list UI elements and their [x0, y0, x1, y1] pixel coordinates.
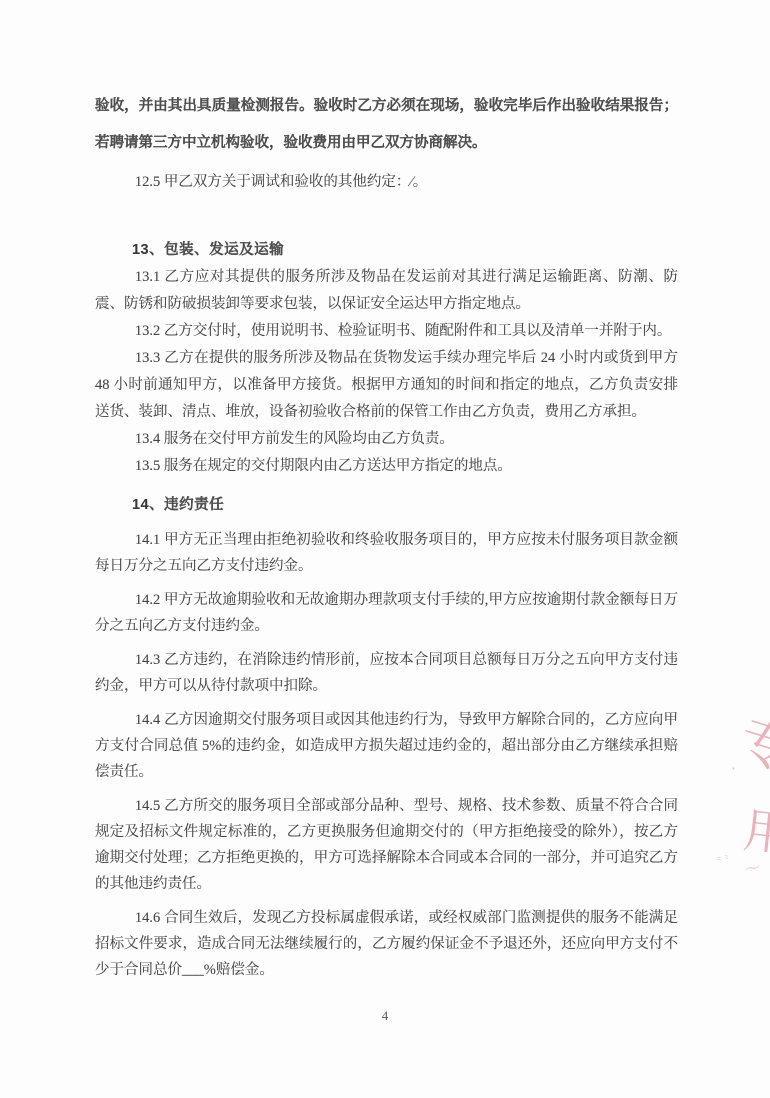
- p14-3: 14.3 乙方违约，在消除违约情形前，应按本合同项目总额每日万分之五向甲方支付违…: [95, 647, 678, 699]
- p14-5: 14.5 乙方所交的服务项目全部或部分品种、型号、规格、技术参数、质量不符合合同…: [95, 793, 678, 897]
- p12-5: 12.5 甲乙双方关于调试和验收的其他约定：∕。: [95, 169, 678, 196]
- p14-4: 14.4 乙方因逾期交付服务项目或因其他违约行为，导致甲方解除合同的，乙方应向甲…: [95, 707, 678, 785]
- p14-6: 14.6 合同生效后，发现乙方投标属虚假承诺，或经权威部门监测提供的服务不能满足…: [95, 905, 678, 983]
- contract-page: 验收，并由其出具质量检测报告。验收时乙方必须在现场，验收完毕后作出验收结果报告；…: [0, 0, 770, 1098]
- p14-1: 14.1 甲方无正当理由拒绝初验收和终验收服务项目的，甲方应按未付服务项目款金额…: [95, 527, 678, 579]
- p13-4: 13.4 服务在交付甲方前发生的风险均由乙方负责。: [95, 426, 678, 453]
- p13-2: 13.2 乙方交付时，使用说明书、检验证明书、随配附件和工具以及清单一并附于内。: [95, 318, 678, 345]
- p13-3: 13.3 乙方在提供的服务所涉及物品在货物发运手续办理完毕后 24 小时内或货到…: [95, 345, 678, 426]
- p13-5: 13.5 服务在规定的交付期限内由乙方送达甲方指定的地点。: [95, 453, 678, 480]
- h13: 13、包装、发运及运输: [95, 237, 678, 264]
- h14: 14、违约责任: [95, 492, 678, 519]
- p12-4-cont: 验收，并由其出具质量检测报告。验收时乙方必须在现场，验收完毕后作出验收结果报告；…: [95, 88, 678, 162]
- document-body: 验收，并由其出具质量检测报告。验收时乙方必须在现场，验收完毕后作出验收结果报告；…: [0, 0, 770, 983]
- page-number: 4: [0, 1008, 770, 1024]
- p13-1: 13.1 乙方应对其提供的服务所涉及物品在发运前对其进行满足运输距离、防潮、防震…: [95, 264, 678, 318]
- p14-2: 14.2 甲方无故逾期验收和无故逾期办理款项支付手续的,甲方应按逾期付款金额每日…: [95, 587, 678, 639]
